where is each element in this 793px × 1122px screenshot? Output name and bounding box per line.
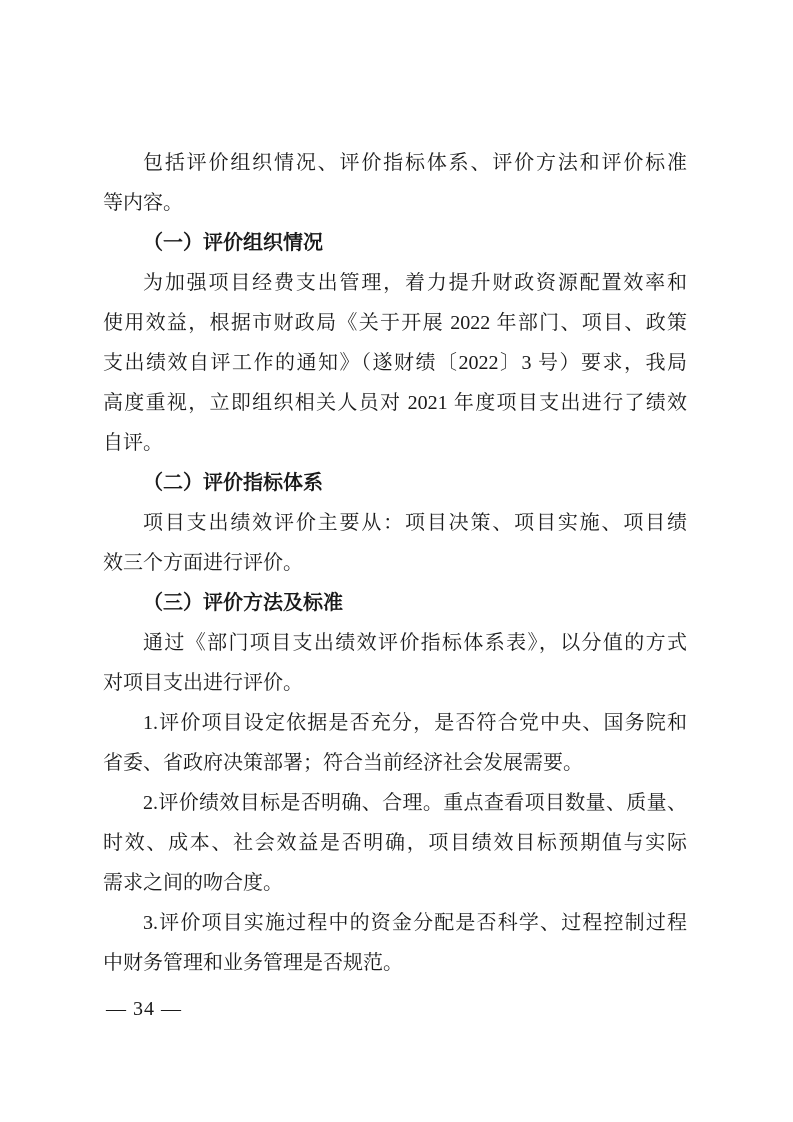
section-heading-2: （二）评价指标体系 [103,463,687,503]
text-line: 支出绩效自评工作的通知》（遂财绩〔2022〕3 号）要求，我局 [103,343,687,383]
page-number: — 34 — [106,994,182,1024]
text-line: 通过《部门项目支出绩效评价指标体系表》，以分值的方式 [103,623,687,663]
text-line: 等内容。 [103,183,687,223]
text-line: 自评。 [103,423,687,463]
document-page: 包括评价组织情况、评价指标体系、评价方法和评价标准 等内容。 （一）评价组织情况… [0,0,793,1122]
paragraph-intro-continued: 包括评价组织情况、评价指标体系、评价方法和评价标准 等内容。 [103,143,687,223]
text-line: 项目支出绩效评价主要从：项目决策、项目实施、项目绩 [103,503,687,543]
text-line: 1.评价项目设定依据是否充分，是否符合党中央、国务院和 [103,703,687,743]
text-line: 效三个方面进行评价。 [103,543,687,583]
text-line: 对项目支出进行评价。 [103,663,687,703]
text-line: 高度重视，立即组织相关人员对 2021 年度项目支出进行了绩效 [103,383,687,423]
section-heading-1: （一）评价组织情况 [103,223,687,263]
section-heading-text: （三）评价方法及标准 [103,583,687,623]
text-line: 3.评价项目实施过程中的资金分配是否科学、过程控制过程 [103,903,687,943]
section-heading-text: （一）评价组织情况 [103,223,687,263]
paragraph-method-standard: 通过《部门项目支出绩效评价指标体系表》，以分值的方式 对项目支出进行评价。 [103,623,687,703]
numbered-item-3: 3.评价项目实施过程中的资金分配是否科学、过程控制过程 中财务管理和业务管理是否… [103,903,687,983]
paragraph-evaluation-organization: 为加强项目经费支出管理，着力提升财政资源配置效率和 使用效益，根据市财政局《关于… [103,263,687,463]
text-line: 需求之间的吻合度。 [103,863,687,903]
numbered-item-1: 1.评价项目设定依据是否充分，是否符合党中央、国务院和 省委、省政府决策部署；符… [103,703,687,783]
text-line: 时效、成本、社会效益是否明确，项目绩效目标预期值与实际 [103,823,687,863]
section-heading-3: （三）评价方法及标准 [103,583,687,623]
text-line: 省委、省政府决策部署；符合当前经济社会发展需要。 [103,743,687,783]
text-line: 使用效益，根据市财政局《关于开展 2022 年部门、项目、政策 [103,303,687,343]
section-heading-text: （二）评价指标体系 [103,463,687,503]
document-body: 包括评价组织情况、评价指标体系、评价方法和评价标准 等内容。 （一）评价组织情况… [103,143,687,983]
text-line: 包括评价组织情况、评价指标体系、评价方法和评价标准 [103,143,687,183]
text-line: 为加强项目经费支出管理，着力提升财政资源配置效率和 [103,263,687,303]
text-line: 2.评价绩效目标是否明确、合理。重点查看项目数量、质量、 [103,783,687,823]
paragraph-indicator-system: 项目支出绩效评价主要从：项目决策、项目实施、项目绩 效三个方面进行评价。 [103,503,687,583]
text-line: 中财务管理和业务管理是否规范。 [103,943,687,983]
numbered-item-2: 2.评价绩效目标是否明确、合理。重点查看项目数量、质量、 时效、成本、社会效益是… [103,783,687,903]
